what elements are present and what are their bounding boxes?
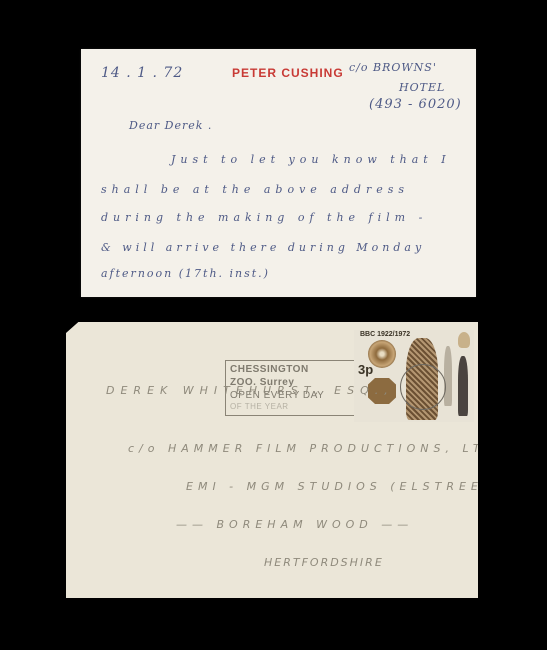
card-date: 14 . 1 . 72 — [101, 65, 183, 81]
address-line: HERTFORDSHIRE — [264, 556, 384, 569]
phone-number: (493 - 6020) — [369, 97, 462, 112]
body-line: Just to let you know that I — [171, 153, 451, 166]
envelope: CHESSINGTON ZOO. Surrey OPEN EVERY DAY O… — [66, 322, 478, 598]
queen-head-icon — [458, 332, 470, 348]
body-line: afternoon (17th. inst.) — [101, 267, 270, 280]
body-line: & will arrive there during Monday — [101, 241, 425, 254]
body-line: shall be at the above address — [101, 183, 409, 196]
address-line: DEREK WHITEHURST, ESQ., — [106, 384, 394, 397]
note-card: 14 . 1 . 72 PETER CUSHING c/o BROWNS' HO… — [81, 49, 476, 297]
stamp-value: 3p — [358, 362, 373, 377]
stamp-art-microphone-dark — [458, 356, 468, 416]
postmark-line: CHESSINGTON — [230, 364, 309, 375]
stamp-title: BBC 1922/1972 — [360, 331, 410, 338]
circular-cancel — [400, 364, 446, 410]
address-line: —— BOREHAM WOOD —— — [176, 518, 413, 531]
postmark-line: OF THE YEAR — [230, 402, 289, 411]
salutation: Dear Derek . — [129, 119, 212, 132]
address-line: c/o HAMMER FILM PRODUCTIONS, LTD., — [128, 442, 515, 455]
address-line-2: HOTEL — [399, 81, 445, 94]
body-line: during the making of the film - — [101, 211, 427, 224]
letterhead: PETER CUSHING — [232, 66, 344, 80]
postage-stamp: BBC 1922/1972 3p — [354, 330, 474, 422]
address-line: EMI - MGM STUDIOS (ELSTREE) — [186, 480, 492, 493]
address-line-1: c/o BROWNS' — [349, 61, 437, 74]
stamp-art-microphone-small — [444, 346, 452, 406]
